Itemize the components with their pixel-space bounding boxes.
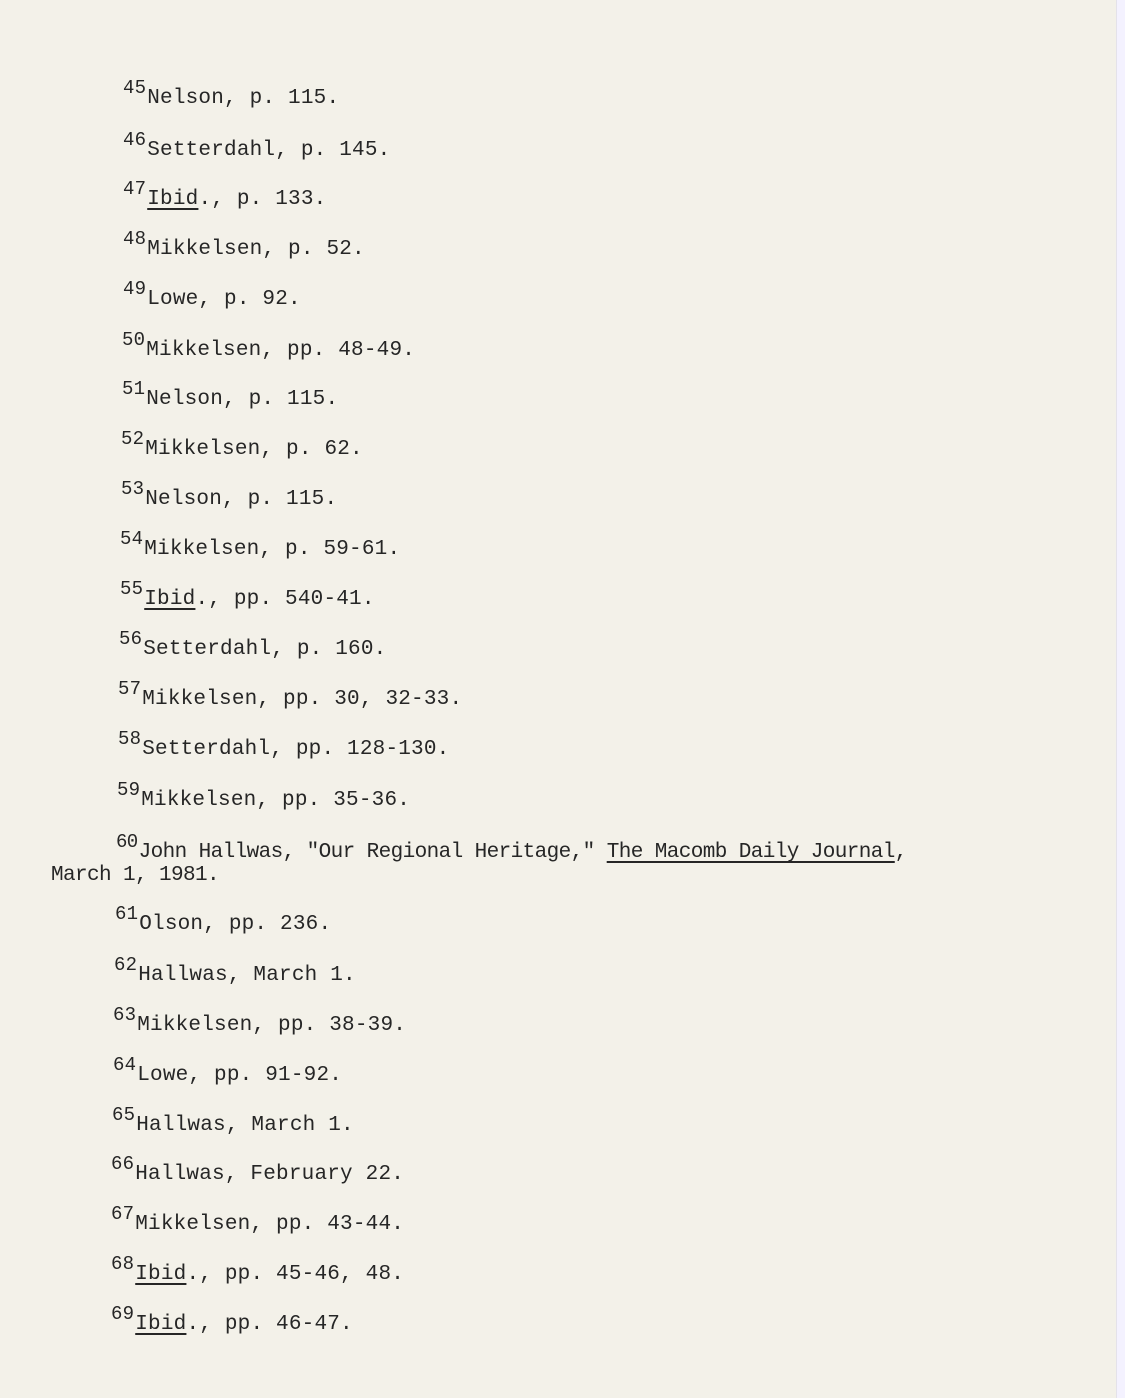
note-number: 50 [122,329,145,351]
endnote-47: 47Ibid., p. 133. [123,189,326,210]
note-underlined-text: Ibid [144,588,195,611]
note-text-prefix: John Hallwas, "Our Regional Heritage," [139,841,607,864]
note-number: 63 [113,1004,136,1026]
endnote-67: 67Mikkelsen, pp. 43-44. [111,1214,404,1235]
note-text: Lowe, p. 92. [147,288,301,311]
note-text: Nelson, p. 115. [146,388,338,411]
note-number: 54 [120,528,143,550]
note-number: 52 [121,428,144,450]
endnote-59: 59Mikkelsen, pp. 35-36. [117,790,410,811]
note-text: ., pp. 540-41. [195,588,374,611]
endnote-46: 46Setterdahl, p. 145. [123,140,390,161]
note-number: 56 [119,628,142,650]
note-text: Lowe, pp. 91-92. [137,1064,342,1087]
note-text: ., p. 133. [198,188,326,211]
note-number: 61 [115,903,138,925]
endnote-62: 62Hallwas, March 1. [114,965,356,986]
endnote-53: 53Nelson, p. 115. [121,489,337,510]
endnote-64: 64Lowe, pp. 91-92. [113,1065,342,1086]
note-text: Mikkelsen, pp. 35-36. [141,789,410,812]
note-text: Nelson, p. 115. [147,87,339,110]
endnote-66: 66Hallwas, February 22. [111,1164,404,1185]
note-text: Mikkelsen, pp. 30, 32-33. [142,688,462,711]
endnote-60-continuation: March 1, 1981. [51,865,219,886]
note-underlined-text: Ibid [135,1313,186,1336]
note-text: Hallwas, March 1. [138,964,356,987]
endnote-52: 52Mikkelsen, p. 62. [121,439,363,460]
note-text: Hallwas, February 22. [135,1163,404,1186]
note-underlined-text: Ibid [147,188,198,211]
endnote-63: 63Mikkelsen, pp. 38-39. [113,1015,406,1036]
endnote-49: 49Lowe, p. 92. [123,289,301,310]
note-number: 57 [118,678,141,700]
note-text: Mikkelsen, pp. 38-39. [137,1014,406,1037]
note-text: Mikkelsen, p. 52. [147,238,365,261]
note-text: ., pp. 46-47. [186,1313,352,1336]
note-underlined-text: Ibid [135,1263,186,1286]
note-number: 64 [113,1054,136,1076]
note-number: 48 [123,228,146,250]
note-number: 67 [111,1203,134,1225]
note-number: 60 [116,831,138,853]
endnote-55: 55Ibid., pp. 540-41. [120,589,375,610]
endnote-48: 48Mikkelsen, p. 52. [123,239,365,260]
note-text: Olson, pp. 236. [139,913,331,936]
note-number: 59 [117,779,140,801]
endnote-45: 45Nelson, p. 115. [123,88,339,109]
endnote-68: 68Ibid., pp. 45-46, 48. [111,1264,404,1285]
note-text: Setterdahl, pp. 128-130. [142,738,449,761]
note-number: 51 [122,378,145,400]
endnote-61: 61Olson, pp. 236. [115,914,331,935]
endnote-69: 69Ibid., pp. 46-47. [111,1314,353,1335]
note-number: 58 [118,728,141,750]
note-text: Mikkelsen, p. 62. [145,438,363,461]
note-number: 68 [111,1253,134,1275]
endnote-65: 65Hallwas, March 1. [112,1115,354,1136]
note-text: ., pp. 45-46, 48. [186,1263,404,1286]
note-text: Mikkelsen, pp. 43-44. [135,1213,404,1236]
note-number: 46 [123,129,146,151]
note-number: 49 [123,278,146,300]
endnote-51: 51Nelson, p. 115. [122,389,338,410]
note-underlined-text: The Macomb Daily Journal [607,841,895,864]
note-text: Mikkelsen, p. 59-61. [144,538,400,561]
endnote-56: 56Setterdahl, p. 160. [119,639,386,660]
note-text: Hallwas, March 1. [136,1114,354,1137]
note-number: 65 [112,1104,135,1126]
note-text: , [895,841,907,864]
endnote-57: 57Mikkelsen, pp. 30, 32-33. [118,689,462,710]
note-text: Setterdahl, p. 160. [143,638,386,661]
document-page: 45Nelson, p. 115. 46Setterdahl, p. 145. … [0,0,1117,1398]
endnote-60: 60John Hallwas, "Our Regional Heritage,"… [116,842,907,863]
note-number: 62 [114,954,137,976]
endnote-54: 54Mikkelsen, p. 59-61. [120,539,400,560]
note-text: Setterdahl, p. 145. [147,139,390,162]
note-number: 53 [121,478,144,500]
endnote-58: 58Setterdahl, pp. 128-130. [118,739,449,760]
note-number: 69 [111,1303,134,1325]
note-text: Mikkelsen, pp. 48-49. [146,339,415,362]
note-continuation-text: March 1, 1981. [51,864,219,887]
note-number: 66 [111,1153,134,1175]
endnote-50: 50Mikkelsen, pp. 48-49. [122,340,415,361]
note-text: Nelson, p. 115. [145,488,337,511]
note-number: 47 [123,178,146,200]
note-number: 45 [123,77,146,99]
note-number: 55 [120,578,143,600]
